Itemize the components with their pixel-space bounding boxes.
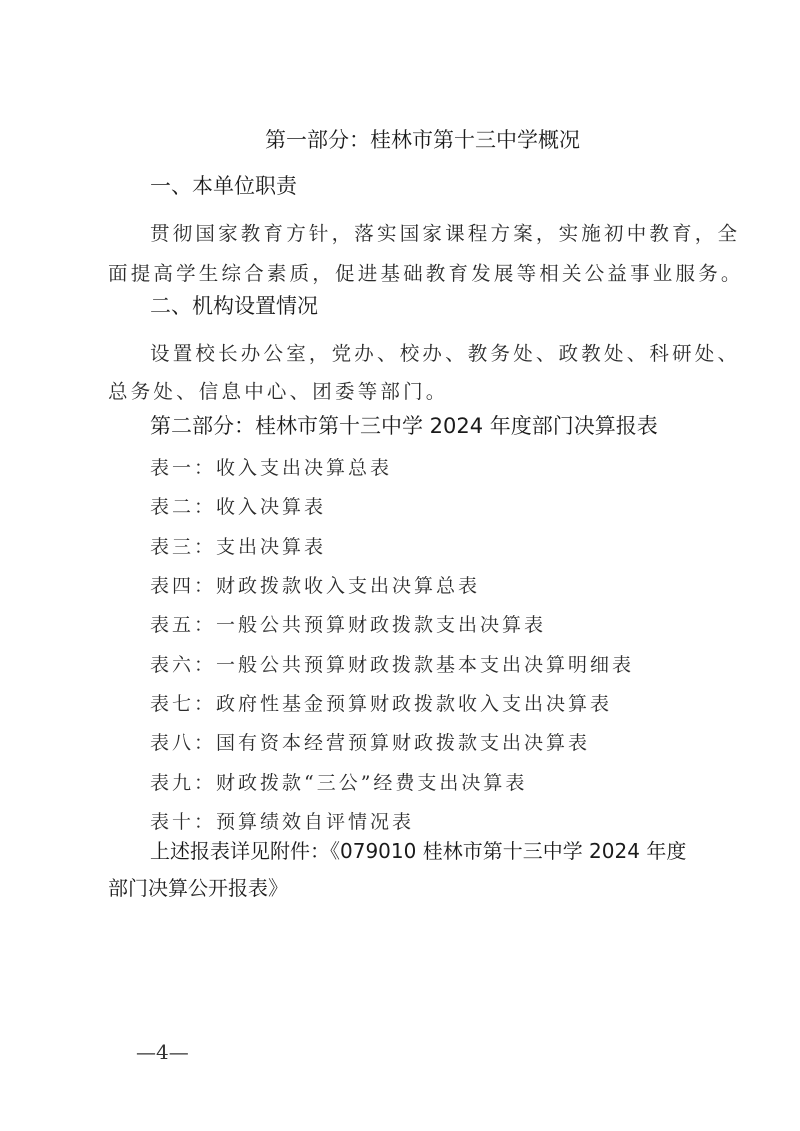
attachment-note-line-1: 上述报表详见附件：《079010 桂林市第十三中学 2024 年度 [150, 835, 686, 864]
table-list-item: 表九：财政拨款“三公”经费支出决算表 [150, 768, 527, 795]
page-title: 第一部分：桂林市第十三中学概况 [265, 124, 580, 154]
table-list-item: 表二：收入决算表 [150, 492, 326, 519]
table-list-item: 表四：财政拨款收入支出决算总表 [150, 571, 480, 598]
attachment-note-line-2: 部门决算公开报表》 [108, 872, 288, 901]
organization-paragraph-line-1: 设置校长办公室，党办、校办、教务处、政教处、科研处、 [150, 338, 740, 366]
duties-paragraph-line-1: 贯彻国家教育方针，落实国家课程方案，实施初中教育，全 [150, 218, 740, 246]
table-list-item: 表五：一般公共预算财政拨款支出决算表 [150, 610, 546, 637]
table-list-item: 表六：一般公共预算财政拨款基本支出决算明细表 [150, 650, 634, 677]
table-list-item: 表七：政府性基金预算财政拨款收入支出决算表 [150, 689, 612, 716]
table-list-item: 表十：预算绩效自评情况表 [150, 807, 414, 834]
section-heading-duties: 一、本单位职责 [150, 170, 297, 200]
page-number: —4— [136, 1040, 189, 1064]
organization-paragraph-line-2: 总务处、信息中心、团委等部门。 [108, 376, 449, 404]
document-page: 第一部分：桂林市第十三中学概况 一、本单位职责 贯彻国家教育方针，落实国家课程方… [0, 0, 800, 1131]
section-heading-organization: 二、机构设置情况 [150, 290, 318, 320]
duties-paragraph-line-2: 面提高学生综合素质，促进基础教育发展等相关公益事业服务。 [108, 258, 744, 286]
table-list-item: 表三：支出决算表 [150, 532, 326, 559]
table-list-item: 表八：国有资本经营预算财政拨款支出决算表 [150, 728, 590, 755]
part2-heading: 第二部分：桂林市第十三中学 2024 年度部门决算报表 [150, 410, 658, 440]
table-list-item: 表一：收入支出决算总表 [150, 453, 392, 480]
